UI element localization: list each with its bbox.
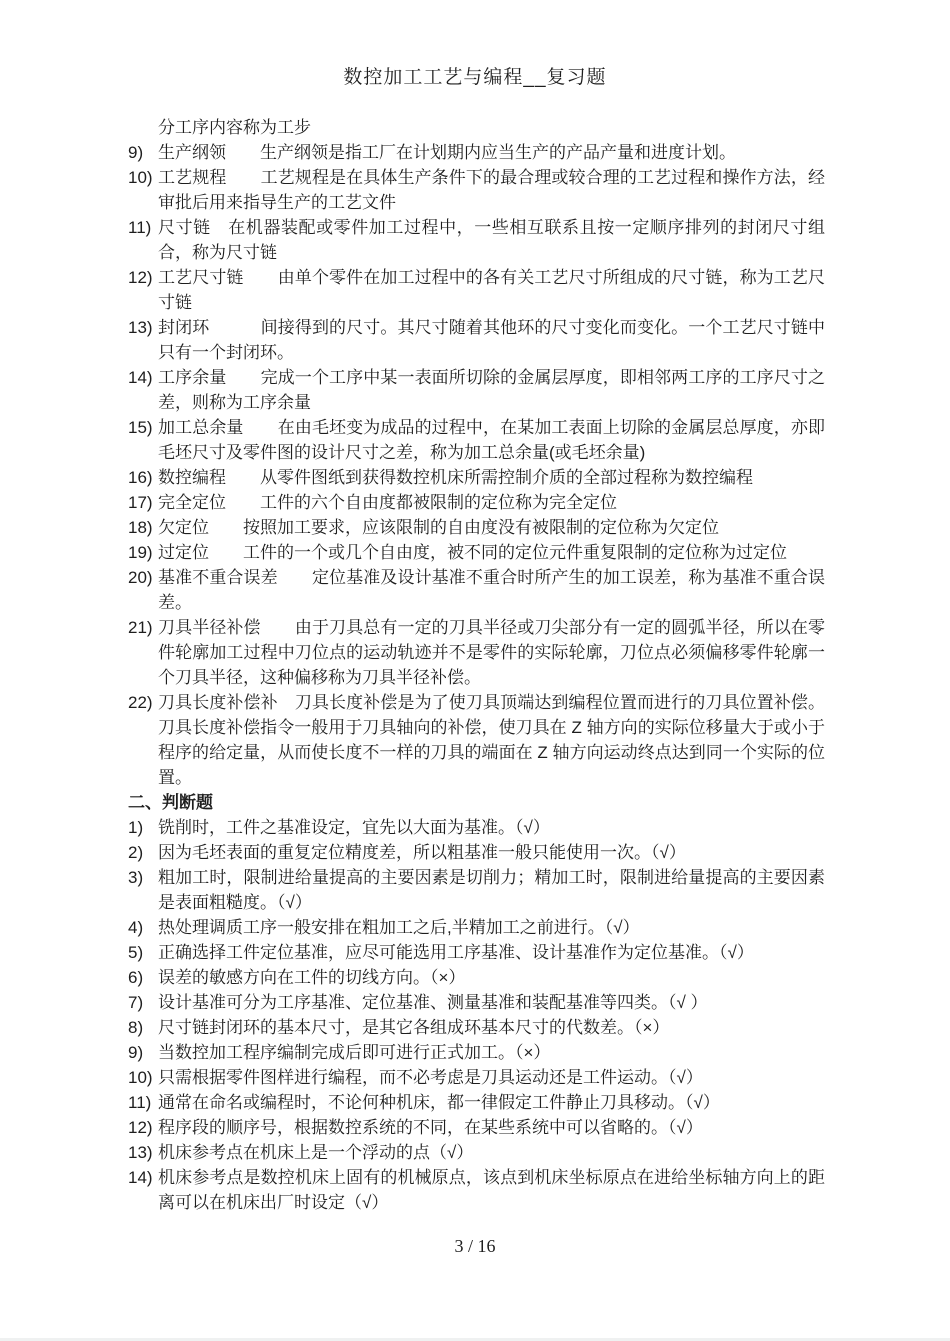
list-item: 15)加工总余量 在由毛坯变为成品的过程中，在某加工表面上切除的金属层总厚度，亦… xyxy=(128,415,825,465)
item-text: 热处理调质工序一般安排在粗加工之后,半精加工之前进行。（√） xyxy=(158,915,825,940)
item-number: 13) xyxy=(128,1140,158,1165)
judgment-list: 1)铣削时，工件之基准设定，宜先以大面为基准。（√）2)因为毛坯表面的重复定位精… xyxy=(128,815,825,1215)
list-item: 7)设计基准可分为工序基准、定位基准、测量基准和装配基准等四类。（√ ） xyxy=(128,990,825,1015)
list-item: 20)基准不重合误差 定位基准及设计基准不重合时所产生的加工误差，称为基准不重合… xyxy=(128,565,825,615)
item-text: 数控编程 从零件图纸到获得数控机床所需控制介质的全部过程称为数控编程 xyxy=(158,465,825,490)
list-item: 18)欠定位 按照加工要求，应该限制的自由度没有被限制的定位称为欠定位 xyxy=(128,515,825,540)
list-item: 22)刀具长度补偿补 刀具长度补偿是为了使刀具顶端达到编程位置而进行的刀具位置补… xyxy=(128,690,825,790)
item-number: 8) xyxy=(128,1015,158,1040)
item-text: 刀具半径补偿 由于刀具总有一定的刀具半径或刀尖部分有一定的圆弧半径，所以在零件轮… xyxy=(158,615,825,690)
definitions-list: 9)生产纲领 生产纲领是指工厂在计划期内应当生产的产品产量和进度计划。10)工艺… xyxy=(128,140,825,790)
item-text: 机床参考点在机床上是一个浮动的点（√） xyxy=(158,1140,825,1165)
item-number: 1) xyxy=(128,815,158,840)
item-text: 工序余量 完成一个工序中某一表面所切除的金属层厚度，即相邻两工序的工序尺寸之差，… xyxy=(158,365,825,415)
item-number: 22) xyxy=(128,690,158,790)
item-number: 17) xyxy=(128,490,158,515)
item-text: 误差的敏感方向在工件的切线方向。（×） xyxy=(158,965,825,990)
item-text: 封闭环 间接得到的尺寸。其尺寸随着其他环的尺寸变化而变化。一个工艺尺寸链中只有一… xyxy=(158,315,825,365)
item-number: 19) xyxy=(128,540,158,565)
item-text: 粗加工时，限制进给量提高的主要因素是切削力；精加工时，限制进给量提高的主要因素是… xyxy=(158,865,825,915)
item-number: 12) xyxy=(128,265,158,315)
item-number: 21) xyxy=(128,615,158,690)
list-item: 2)因为毛坯表面的重复定位精度差，所以粗基准一般只能使用一次。（√） xyxy=(128,840,825,865)
item-text: 铣削时，工件之基准设定，宜先以大面为基准。（√） xyxy=(158,815,825,840)
list-item: 13)封闭环 间接得到的尺寸。其尺寸随着其他环的尺寸变化而变化。一个工艺尺寸链中… xyxy=(128,315,825,365)
item-number: 20) xyxy=(128,565,158,615)
item-number: 3) xyxy=(128,865,158,915)
item-text: 生产纲领 生产纲领是指工厂在计划期内应当生产的产品产量和进度计划。 xyxy=(158,140,825,165)
list-item: 12)程序段的顺序号，根据数控系统的不同，在某些系统中可以省略的。（√） xyxy=(128,1115,825,1140)
item-number: 5) xyxy=(128,940,158,965)
item-text: 工艺规程 工艺规程是在具体生产条件下的最合理或较合理的工艺过程和操作方法，经审批… xyxy=(158,165,825,215)
list-item: 19)过定位 工件的一个或几个自由度，被不同的定位元件重复限制的定位称为过定位 xyxy=(128,540,825,565)
item-number: 11) xyxy=(128,1090,158,1115)
item-text: 正确选择工件定位基准，应尽可能选用工序基准、设计基准作为定位基准。（√） xyxy=(158,940,825,965)
list-item: 14)机床参考点是数控机床上固有的机械原点，该点到机床坐标原点在进给坐标轴方向上… xyxy=(128,1165,825,1215)
item-text: 尺寸链 在机器装配或零件加工过程中，一些相互联系且按一定顺序排列的封闭尺寸组合，… xyxy=(158,215,825,265)
list-item: 6)误差的敏感方向在工件的切线方向。（×） xyxy=(128,965,825,990)
list-item: 16)数控编程 从零件图纸到获得数控机床所需控制介质的全部过程称为数控编程 xyxy=(128,465,825,490)
list-item: 17)完全定位 工件的六个自由度都被限制的定位称为完全定位 xyxy=(128,490,825,515)
item-text: 过定位 工件的一个或几个自由度，被不同的定位元件重复限制的定位称为过定位 xyxy=(158,540,825,565)
document-page: 数控加工工艺与编程__复习题 分工序内容称为工步 9)生产纲领 生产纲领是指工厂… xyxy=(0,0,950,1341)
item-number: 11) xyxy=(128,215,158,265)
item-number: 14) xyxy=(128,1165,158,1215)
item-text: 基准不重合误差 定位基准及设计基准不重合时所产生的加工误差，称为基准不重合误差。 xyxy=(158,565,825,615)
list-item: 5)正确选择工件定位基准，应尽可能选用工序基准、设计基准作为定位基准。（√） xyxy=(128,940,825,965)
list-item: 10)工艺规程 工艺规程是在具体生产条件下的最合理或较合理的工艺过程和操作方法，… xyxy=(128,165,825,215)
judgment-section-heading: 二、判断题 xyxy=(128,790,825,815)
item-number: 9) xyxy=(128,140,158,165)
item-text: 只需根据零件图样进行编程，而不必考虑是刀具运动还是工件运动。（√） xyxy=(158,1065,825,1090)
item-number: 18) xyxy=(128,515,158,540)
item-number: 2) xyxy=(128,840,158,865)
item-text: 程序段的顺序号，根据数控系统的不同，在某些系统中可以省略的。（√） xyxy=(158,1115,825,1140)
item-text: 通常在命名或编程时，不论何种机床，都一律假定工件静止刀具移动。（√） xyxy=(158,1090,825,1115)
list-item: 12)工艺尺寸链 由单个零件在加工过程中的各有关工艺尺寸所组成的尺寸链，称为工艺… xyxy=(128,265,825,315)
list-item: 13)机床参考点在机床上是一个浮动的点（√） xyxy=(128,1140,825,1165)
item-number: 12) xyxy=(128,1115,158,1140)
item-number: 10) xyxy=(128,165,158,215)
item-text: 刀具长度补偿补 刀具长度补偿是为了使刀具顶端达到编程位置而进行的刀具位置补偿。刀… xyxy=(158,690,825,790)
list-item: 11)尺寸链 在机器装配或零件加工过程中，一些相互联系且按一定顺序排列的封闭尺寸… xyxy=(128,215,825,265)
item-number: 16) xyxy=(128,465,158,490)
item-text: 因为毛坯表面的重复定位精度差，所以粗基准一般只能使用一次。（√） xyxy=(158,840,825,865)
list-item: 1)铣削时，工件之基准设定，宜先以大面为基准。（√） xyxy=(128,815,825,840)
list-item: 14)工序余量 完成一个工序中某一表面所切除的金属层厚度，即相邻两工序的工序尺寸… xyxy=(128,365,825,415)
item-number: 6) xyxy=(128,965,158,990)
list-item: 8)尺寸链封闭环的基本尺寸，是其它各组成环基本尺寸的代数差。（×） xyxy=(128,1015,825,1040)
item-text: 加工总余量 在由毛坯变为成品的过程中，在某加工表面上切除的金属层总厚度，亦即毛坯… xyxy=(158,415,825,465)
list-item: 21)刀具半径补偿 由于刀具总有一定的刀具半径或刀尖部分有一定的圆弧半径，所以在… xyxy=(128,615,825,690)
list-item: 9)当数控加工程序编制完成后即可进行正式加工。（×） xyxy=(128,1040,825,1065)
intro-line-text: 分工序内容称为工步 xyxy=(158,115,825,140)
list-item: 9)生产纲领 生产纲领是指工厂在计划期内应当生产的产品产量和进度计划。 xyxy=(128,140,825,165)
intro-line: 分工序内容称为工步 xyxy=(128,115,825,140)
item-number: 10) xyxy=(128,1065,158,1090)
item-text: 机床参考点是数控机床上固有的机械原点，该点到机床坐标原点在进给坐标轴方向上的距离… xyxy=(158,1165,825,1215)
item-number: 9) xyxy=(128,1040,158,1065)
page-number-footer: 3 / 16 xyxy=(0,1236,950,1257)
item-text: 当数控加工程序编制完成后即可进行正式加工。（×） xyxy=(158,1040,825,1065)
item-number: 7) xyxy=(128,990,158,1015)
item-text: 工艺尺寸链 由单个零件在加工过程中的各有关工艺尺寸所组成的尺寸链，称为工艺尺寸链 xyxy=(158,265,825,315)
item-text: 尺寸链封闭环的基本尺寸，是其它各组成环基本尺寸的代数差。（×） xyxy=(158,1015,825,1040)
item-number xyxy=(128,115,158,140)
item-number: 14) xyxy=(128,365,158,415)
item-number: 13) xyxy=(128,315,158,365)
list-item: 11)通常在命名或编程时，不论何种机床，都一律假定工件静止刀具移动。（√） xyxy=(128,1090,825,1115)
item-text: 设计基准可分为工序基准、定位基准、测量基准和装配基准等四类。（√ ） xyxy=(158,990,825,1015)
document-body: 分工序内容称为工步 9)生产纲领 生产纲领是指工厂在计划期内应当生产的产品产量和… xyxy=(128,115,825,1215)
item-text: 完全定位 工件的六个自由度都被限制的定位称为完全定位 xyxy=(158,490,825,515)
list-item: 10)只需根据零件图样进行编程，而不必考虑是刀具运动还是工件运动。（√） xyxy=(128,1065,825,1090)
item-number: 15) xyxy=(128,415,158,465)
item-text: 欠定位 按照加工要求，应该限制的自由度没有被限制的定位称为欠定位 xyxy=(158,515,825,540)
document-title: 数控加工工艺与编程__复习题 xyxy=(0,62,950,89)
list-item: 3)粗加工时，限制进给量提高的主要因素是切削力；精加工时，限制进给量提高的主要因… xyxy=(128,865,825,915)
item-number: 4) xyxy=(128,915,158,940)
list-item: 4)热处理调质工序一般安排在粗加工之后,半精加工之前进行。（√） xyxy=(128,915,825,940)
